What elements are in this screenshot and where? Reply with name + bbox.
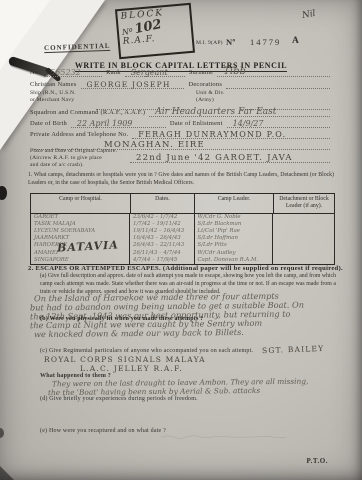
- cell-block: [273, 235, 334, 242]
- capture-label-3: and date of a/c crash).: [30, 162, 126, 169]
- unit-label-1: Unit & Div.: [196, 90, 236, 97]
- cell-dates: 1/7/42 – 19/11/42: [130, 221, 194, 228]
- table-row: SINGAPORE 4/7/44 – 17/9/45 Capt. Donovan…: [31, 257, 334, 264]
- cell-block: [273, 214, 334, 221]
- christian-value: GEORGE JOSEPH: [87, 80, 171, 89]
- corner-shadow: [0, 466, 14, 480]
- ship-label-1: Ship (R.N., U.S.N.: [30, 90, 92, 97]
- dob-field: 22 April 1909: [71, 118, 166, 128]
- cell-dates: 4/7/44 – 17/9/45: [130, 257, 194, 264]
- rank-label: Rank: [106, 69, 121, 77]
- question-b: (b) Were you physically fit when you mad…: [40, 316, 203, 324]
- no-label: No.: [30, 69, 40, 77]
- cell-camp: TASIK MALAJA: [31, 221, 130, 228]
- copy-letter: A: [292, 36, 299, 48]
- serial-no-sign: Nº: [226, 37, 235, 48]
- section-2-heading: 2. ESCAPES OR ATTEMPTED ESCAPES. (Additi…: [28, 265, 343, 272]
- decorations-field: [226, 79, 330, 89]
- capture-field: 22nd June '42 GAROET. JAVA: [130, 153, 330, 163]
- cell-dates: 23/6/42 – 1/7/42: [130, 214, 194, 221]
- row-capture: Place and Date of Original Capture. (Air…: [30, 148, 334, 169]
- cell-leader: Lt/Col 'Pip' Rae: [195, 228, 274, 235]
- question-d: (d) Give briefly your experiences during…: [40, 396, 198, 404]
- address-field: FERAGH DUNRAYMOND P.O.: [132, 129, 330, 139]
- christian-label: Christian Names: [30, 81, 77, 89]
- cell-block: [273, 221, 334, 228]
- squadron-value: Air Headquarters Far East: [155, 107, 276, 117]
- no-field: 565232: [44, 67, 102, 77]
- cell-camp: GAROET: [31, 214, 130, 221]
- surname-label: Surname: [189, 69, 214, 77]
- question-1: 1. What camps, detachments or hospitals …: [28, 172, 334, 188]
- cell-block: [273, 250, 334, 257]
- row-christian-decorations: Christian Names GEORGE JOSEPH Decoration…: [30, 79, 334, 89]
- scanned-document: CONFIDENTIAL BLOCK Nº 102 R.A.F. M.I. 9(…: [0, 0, 362, 480]
- pto-note: P.T.O.: [307, 457, 328, 466]
- capture-label-2: (Aircrew R.A.F. to give place: [30, 155, 126, 162]
- edge-smudge: [0, 186, 7, 200]
- unit-label-2: (Army): [196, 97, 236, 104]
- header-block: Detachment or Block Leader (if any).: [274, 194, 334, 213]
- cell-leader: S/Ldr Blackman: [195, 221, 274, 228]
- row-squadron: Squadron and Command (R.A.F., A.A.F.) Ai…: [30, 107, 334, 117]
- rank-field: Sergeant: [125, 67, 185, 77]
- squadron-field: Air Headquarters Far East: [149, 107, 330, 117]
- mi9-label: M.I. 9(AP): [196, 40, 223, 47]
- cell-dates: 19/11/42 – 16/4/43: [130, 228, 194, 235]
- camps-table-header: Camp or Hospital. Dates. Camp Leader. De…: [31, 194, 334, 214]
- table-row: TASIK MALAJA 1/7/42 – 19/11/42 S/Ldr Bla…: [31, 221, 334, 228]
- address-label: Private Address and Telephone No.: [30, 131, 128, 139]
- cell-leader: S/Ldr Pitts: [195, 242, 274, 249]
- table-row: GAROET 23/6/42 – 1/7/42 W/Cdr G. Noble: [31, 214, 334, 221]
- row-no-rank-surname: No. 565232 Rank Sergeant Surname Tibb: [30, 67, 334, 77]
- capture-label-1: Place and Date of Original Capture.: [30, 148, 126, 155]
- answer-c-1: ROYAL CORPS SIGNALS MALAYA: [44, 355, 206, 364]
- christian-field: GEORGE JOSEPH: [81, 79, 185, 89]
- dob-value: 22 April 1909: [77, 119, 132, 128]
- camps-table: Camp or Hospital. Dates. Camp Leader. De…: [30, 193, 335, 265]
- header-dates: Dates.: [131, 194, 195, 213]
- ship-label-2: or Merchant Navy: [30, 97, 92, 104]
- cell-block: [273, 228, 334, 235]
- table-row: LYCEUM SOERABAYA 19/11/42 – 16/4/43 Lt/C…: [31, 228, 334, 235]
- camps-table-body: GAROET 23/6/42 – 1/7/42 W/Cdr G. Noble T…: [31, 214, 334, 264]
- enlist-field: 14/9/27: [227, 118, 330, 128]
- decorations-label: Decorations: [188, 81, 222, 89]
- row-address: Private Address and Telephone No. FERAGH…: [30, 129, 334, 139]
- serial-number: 14779: [250, 37, 281, 48]
- cell-dates: 26/11/43 – 4/7/44: [130, 250, 194, 257]
- capture-value: 22nd June '42 GAROET. JAVA: [136, 153, 293, 163]
- address-value-1: FERAGH DUNRAYMOND P.O.: [138, 130, 286, 139]
- cell-leader: S/Ldr Hoffman: [195, 235, 274, 242]
- nil-annotation: Nil: [301, 9, 316, 21]
- cell-leader: W/Cdr G. Noble: [195, 214, 274, 221]
- surname-value: Tibb: [223, 66, 246, 77]
- row-dob-enlist: Date of Birth 22 April 1909 Date of Enli…: [30, 118, 334, 128]
- rank-value: Sergeant: [131, 68, 168, 77]
- confidential-stamp: CONFIDENTIAL: [44, 35, 111, 55]
- pencil-scribble: [120, 434, 340, 439]
- cell-leader: W/Cdr Audley: [195, 250, 274, 257]
- answer-a-line: we knocked down & made our way back to B…: [34, 327, 244, 339]
- enlist-label: Date of Enlistment: [170, 120, 223, 128]
- cell-block: [273, 242, 334, 249]
- cell-camp: SINGAPORE: [31, 257, 130, 264]
- answer-c-0: SGT. BAILEY: [262, 344, 325, 355]
- cell-camp: LYCEUM SOERABAYA: [31, 228, 130, 235]
- answer-c-2: L.A.C. JELLEY R.A.F.: [80, 364, 183, 373]
- surname-field: Tibb: [217, 67, 330, 77]
- edge-smudge: [0, 428, 4, 438]
- squadron-label: Squadron and Command (R.A.F., A.A.F.): [30, 109, 145, 117]
- cell-dates: 16/4/43 – 26/4/43: [130, 235, 194, 242]
- batavia-overwrite: BATAVIA: [57, 238, 119, 254]
- block-stamp-box: BLOCK Nº 102 R.A.F.: [115, 3, 195, 59]
- enlist-value: 14/9/27: [233, 119, 264, 128]
- header-camp: Camp or Hospital.: [31, 194, 131, 213]
- no-value: 565232: [50, 68, 81, 77]
- cell-dates: 26/4/43 – 22/11/43: [130, 242, 194, 249]
- cell-leader: Capt. Donovan R.A.M.: [195, 257, 274, 264]
- cell-block: [273, 257, 334, 264]
- confidential-stamp-text: CONFIDENTIAL: [44, 42, 111, 53]
- header-leader: Camp Leader.: [195, 194, 274, 213]
- dob-label: Date of Birth: [30, 120, 67, 128]
